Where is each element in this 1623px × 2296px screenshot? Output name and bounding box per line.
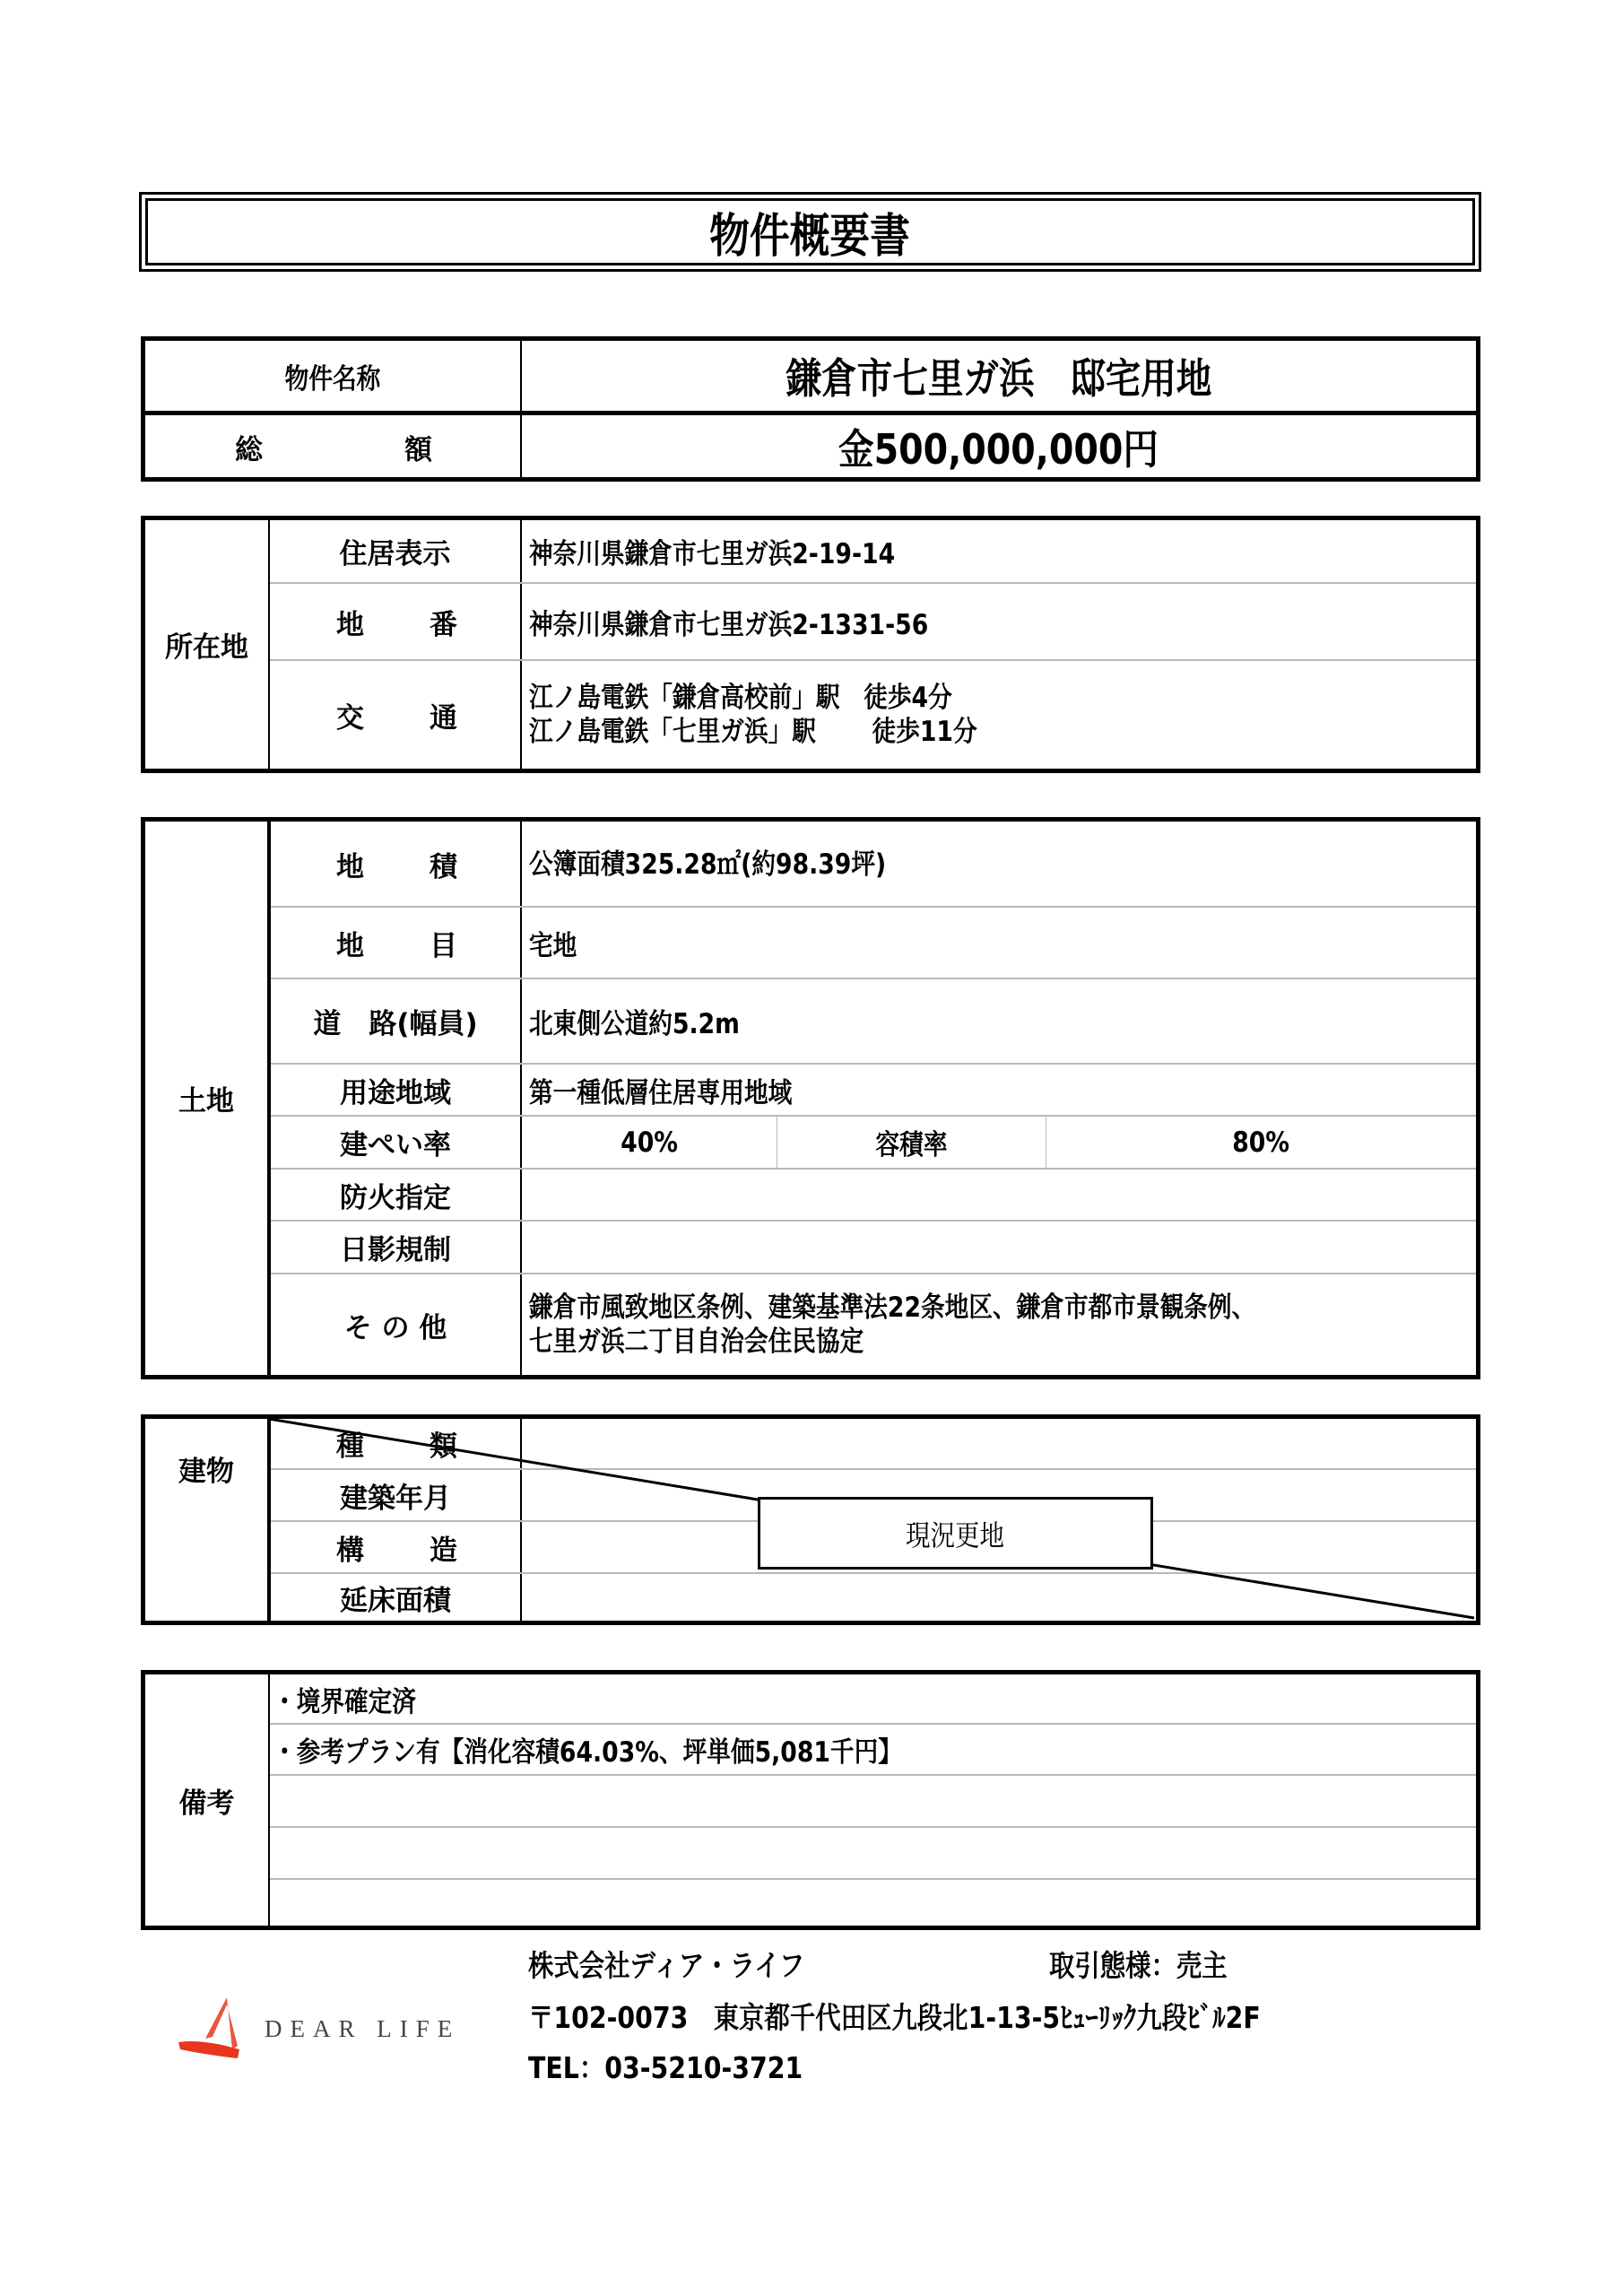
company-address: 〒102-0073 東京都千代田区九段北1-13-5ﾋｭｰﾘｯｸ九段ﾋﾞﾙ2F	[528, 1995, 1380, 2037]
road-width-label: 道 路(幅員)	[271, 979, 520, 1063]
transportation-label: 交 通	[336, 661, 457, 769]
zoning-label: 用途地域	[271, 1065, 520, 1115]
fire-prevention-value	[522, 1170, 1476, 1220]
fire-prevention-label: 防火指定	[271, 1170, 520, 1220]
logo-wordmark: DEAR LIFE	[265, 2015, 460, 2043]
vacant-land-note: 現況更地	[758, 1497, 1153, 1570]
remarks-section-label: 備考	[145, 1674, 268, 1926]
land-table: 土地 地 積 公簿面積325.28㎡(約98.39坪) 地 目 宅地 道 路(幅…	[141, 817, 1480, 1379]
remark-line	[273, 1776, 1476, 1826]
shadow-regulation-value	[522, 1222, 1476, 1273]
shadow-regulation-label: 日影規制	[271, 1222, 520, 1273]
other-value: 鎌倉市風致地区条例、建築基準法22条地区、鎌倉市都市景観条例、 七里ガ浜二丁目自…	[522, 1274, 1476, 1375]
company-logo: DEAR LIFE	[175, 1996, 480, 2067]
building-coverage-label: 建ぺい率	[271, 1117, 520, 1168]
lot-number-value: 神奈川県鎌倉市七里ガ浜2-1331-56	[522, 584, 1476, 659]
land-area-label: 地 積	[336, 822, 457, 906]
building-coverage-value: 40%	[522, 1117, 777, 1168]
section-divider	[268, 1674, 270, 1926]
building-table: 建物 種 類 建築年月 構 造 延床面積 現況更地	[141, 1414, 1480, 1625]
land-section-label: 土地	[145, 822, 267, 1375]
total-price-value: 金500,000,000円	[522, 415, 1476, 478]
remark-line	[273, 1880, 1476, 1926]
total-price-label: 総 額	[235, 415, 432, 478]
title-box: 物件概要書	[139, 192, 1481, 272]
property-name-label: 物件名称	[145, 341, 520, 411]
summary-table: 物件名称 鎌倉市七里ガ浜 邸宅用地 総 額 金500,000,000円	[141, 336, 1480, 482]
land-category-label: 地 目	[336, 908, 457, 978]
zoning-value: 第一種低層住居専用地域	[522, 1065, 1476, 1115]
floor-area-ratio-label: 容積率	[777, 1117, 1046, 1168]
remark-line: ・境界確定済	[273, 1674, 1476, 1723]
transportation-value: 江ノ島電鉄「鎌倉高校前」駅 徒歩4分 江ノ島電鉄「七里ガ浜」駅 徒歩11分	[522, 661, 1476, 769]
land-area-value: 公簿面積325.28㎡(約98.39坪)	[522, 822, 1476, 906]
floor-area-ratio-value: 80%	[1046, 1117, 1476, 1168]
company-phone: TEL：03-5210-3721	[528, 2045, 847, 2087]
transaction-type: 取引態様：売主	[1049, 1943, 1256, 1985]
remark-line: ・参考プラン有【消化容積64.03%、坪単価5,081千円】	[273, 1725, 1476, 1774]
lot-number-label: 地 番	[336, 584, 457, 659]
road-width-value: 北東側公道約5.2m	[522, 979, 1476, 1063]
property-name-value: 鎌倉市七里ガ浜 邸宅用地	[522, 341, 1476, 411]
remark-line	[273, 1828, 1476, 1878]
other-label: そ の 他	[271, 1274, 520, 1375]
logo-mark-icon	[175, 1996, 256, 2067]
residence-display-value: 神奈川県鎌倉市七里ガ浜2-19-14	[522, 520, 1476, 582]
location-table: 所在地 住居表示 神奈川県鎌倉市七里ガ浜2-19-14 地 番 神奈川県鎌倉市七…	[141, 516, 1480, 773]
residence-display-label: 住居表示	[270, 520, 520, 582]
company-name: 株式会社ディア・ライフ	[528, 1943, 849, 1985]
land-category-value: 宅地	[522, 908, 1476, 978]
location-section-label: 所在地	[145, 520, 268, 769]
remarks-table: 備考 ・境界確定済 ・参考プラン有【消化容積64.03%、坪単価5,081千円】	[141, 1670, 1480, 1930]
page-title: 物件概要書	[142, 195, 1479, 269]
